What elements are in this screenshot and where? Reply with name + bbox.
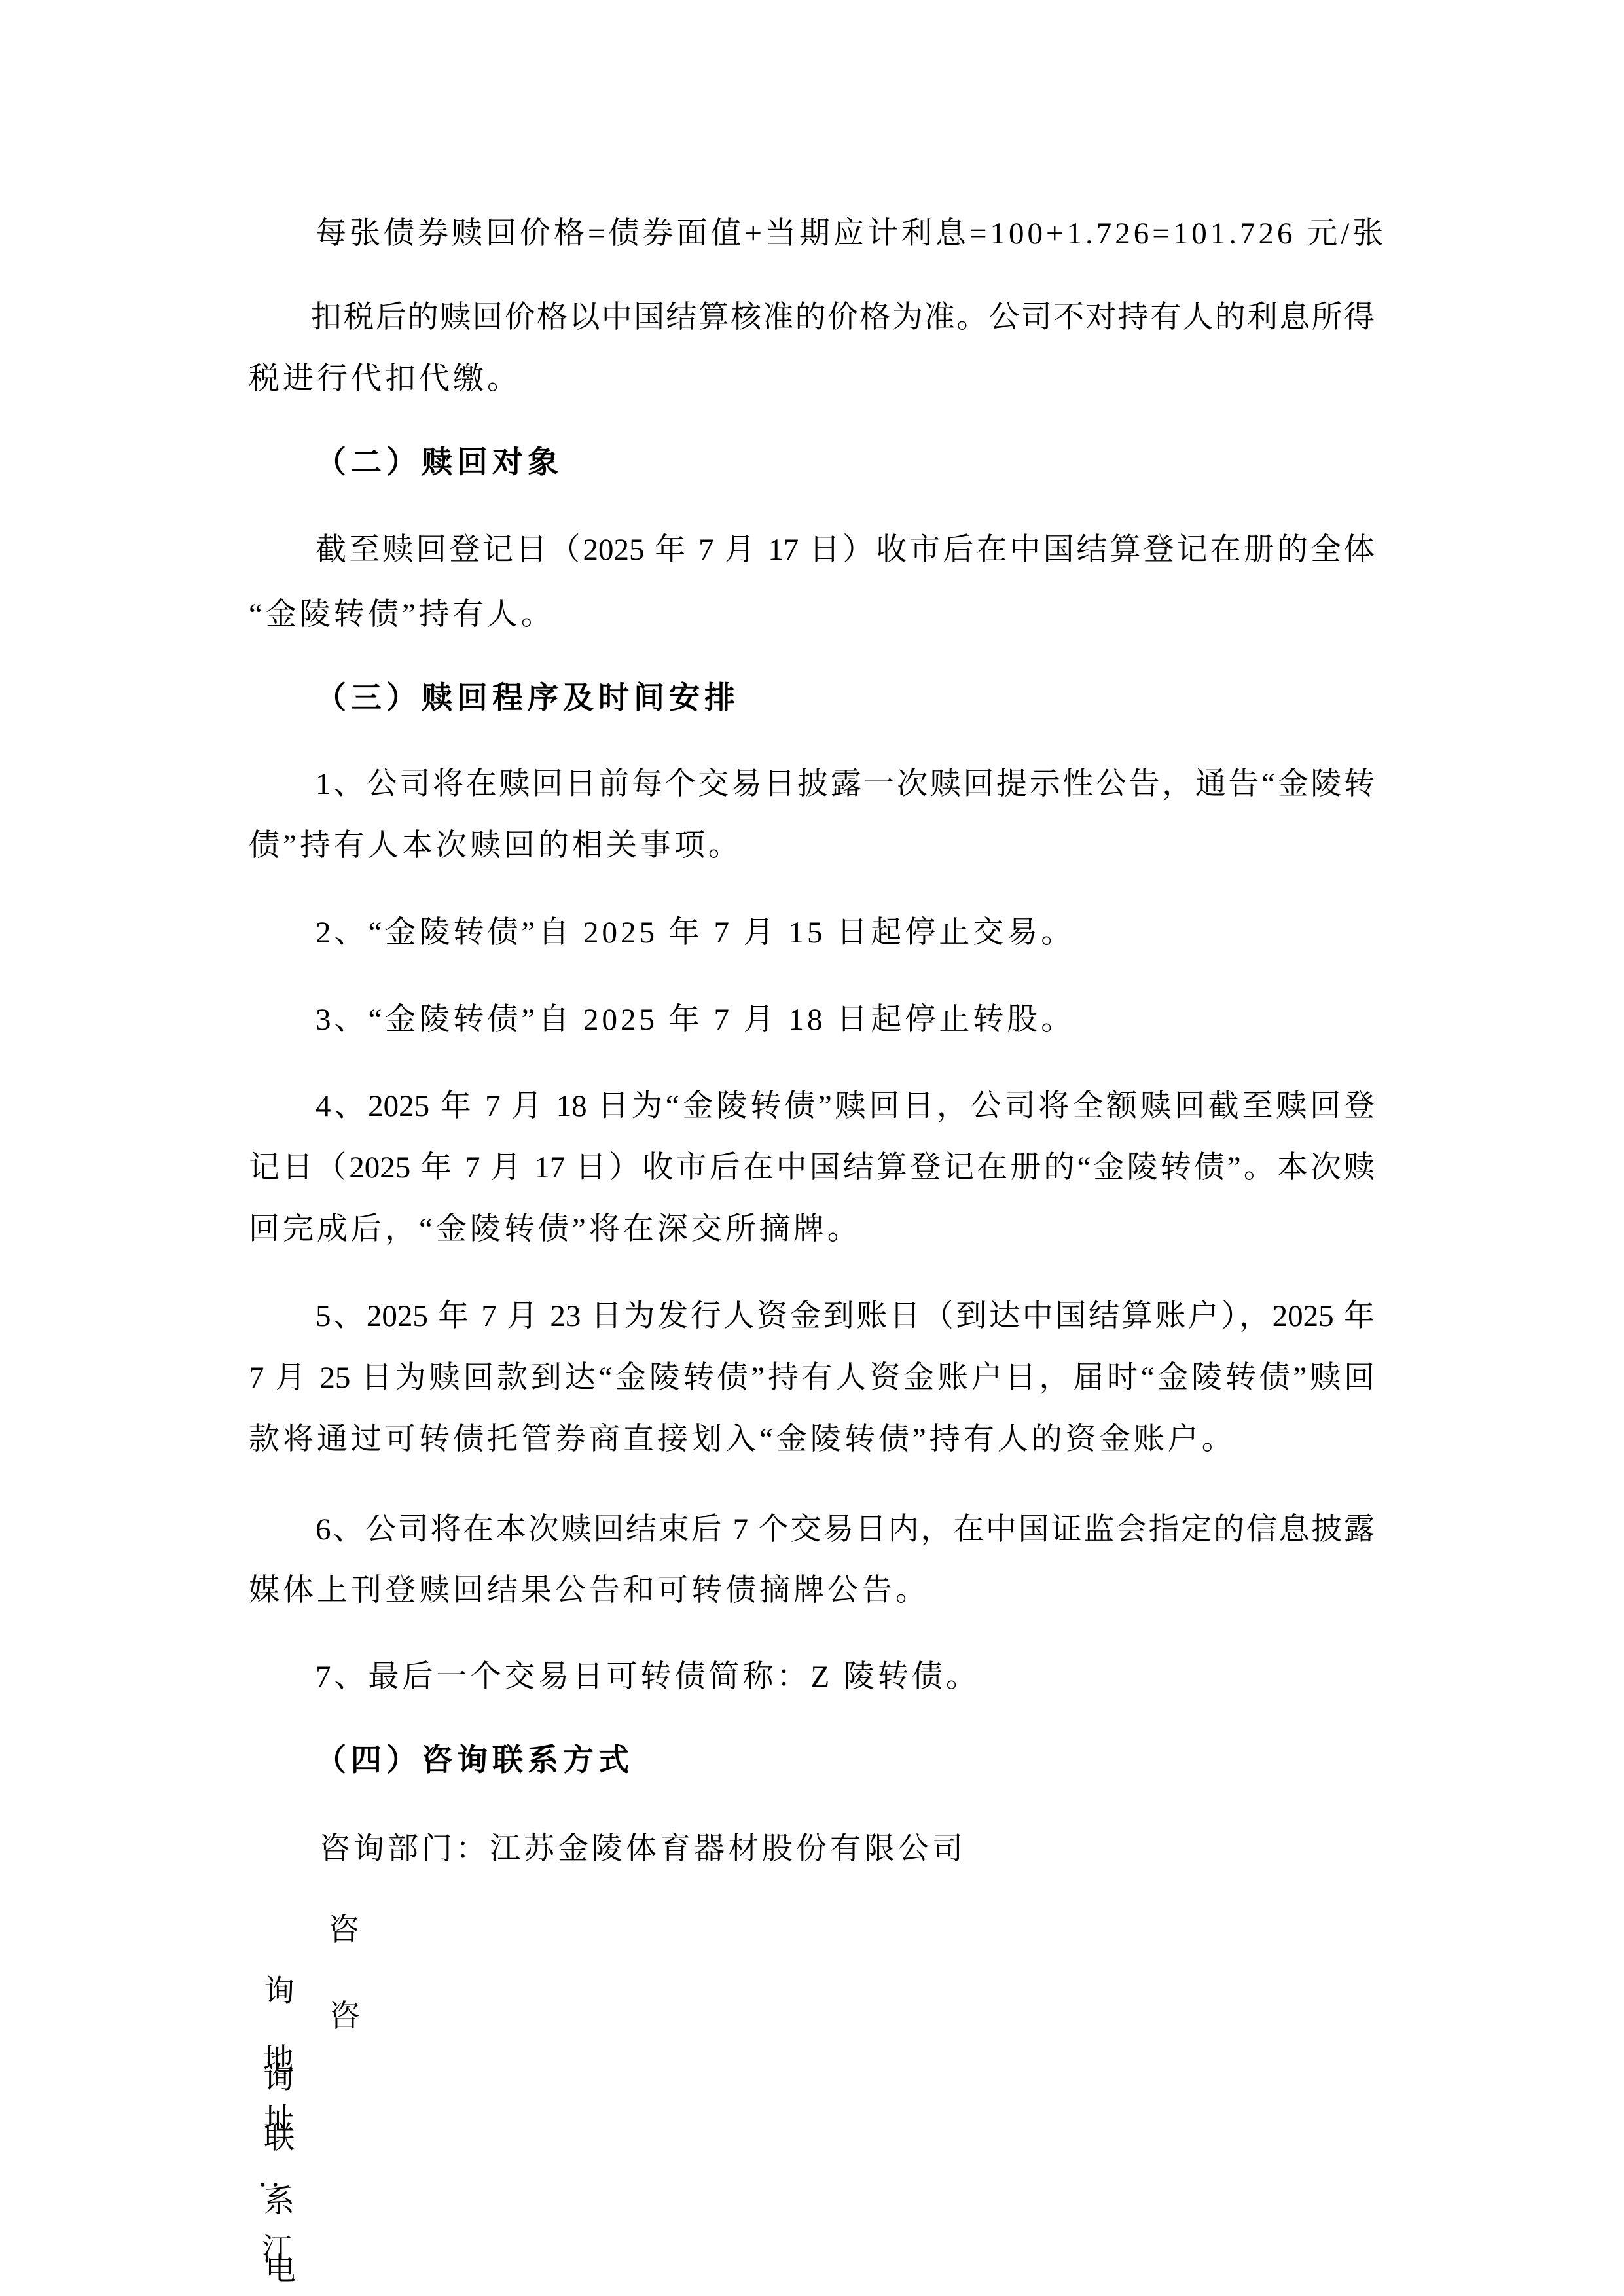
artifact-glyph: 咨	[329, 1915, 359, 1946]
artifact-glyph: 电	[265, 2255, 296, 2286]
line-target-1: 截至赎回登记日（2025 年 7 月 17 日）收市后在中国结算登记在册的全体	[316, 531, 1375, 569]
line-item6-b: 媒体上刊登赎回结果公告和可转债摘牌公告。	[249, 1571, 929, 1609]
page: 每张债券赎回价格=债券面值+当期应计利息=100+1.726=101.726 元…	[0, 0, 1624, 2296]
artifact-glyph: 询	[263, 2064, 294, 2094]
line-redemption-price-formula: 每张债券赎回价格=债券面值+当期应计利息=100+1.726=101.726 元…	[316, 215, 1386, 253]
artifact-glyph: 系	[264, 2187, 295, 2217]
line-after-tax-price-2: 税进行代扣代缴。	[249, 360, 521, 398]
artifact-glyph: 联	[264, 2123, 295, 2154]
line-target-2: “金陵转债”持有人。	[249, 596, 555, 634]
line-item4-b: 记日（2025 年 7 月 17 日）收市后在中国结算登记在册的“金陵转债”。本…	[249, 1149, 1375, 1187]
line-item4-a: 4、2025 年 7 月 18 日为“金陵转债”赎回日，公司将全额赎回截至赎回登	[316, 1087, 1375, 1125]
line-item5-a: 5、2025 年 7 月 23 日为发行人资金到账日（到达中国结算账户），202…	[316, 1297, 1375, 1335]
line-item4-c: 回完成后，“金陵转债”将在深交所摘牌。	[249, 1210, 861, 1248]
artifact-glyph: 咨	[329, 2001, 360, 2032]
line-item5-c: 款将通过可转债托管券商直接划入“金陵转债”持有人的资金账户。	[249, 1420, 1236, 1458]
line-item1-b: 债”持有人本次赎回的相关事项。	[249, 827, 742, 865]
line-item1-a: 1、公司将在赎回日前每个交易日披露一次赎回提示性公告，通告“金陵转	[316, 765, 1375, 803]
section-heading-procedure: （三）赎回程序及时间安排	[316, 679, 740, 717]
line-item7: 7、最后一个交易日可转债简称：Z 陵转债。	[316, 1658, 980, 1696]
line-item2: 2、“金陵转债”自 2025 年 7 月 15 日起停止交易。	[316, 914, 1075, 952]
line-after-tax-price-1: 扣税后的赎回价格以中国结算核准的价格为准。公司不对持有人的利息所得	[311, 298, 1375, 336]
line-item3: 3、“金陵转债”自 2025 年 7 月 18 日起停止转股。	[316, 1001, 1075, 1039]
artifact-glyph: 询	[264, 1977, 295, 2007]
line-contact-department: 咨询部门：江苏金陵体育器材股份有限公司	[319, 1830, 966, 1868]
section-heading-contact: （四）咨询联系方式	[316, 1742, 634, 1780]
line-item5-b: 7 月 25 日为赎回款到达“金陵转债”持有人资金账户日，届时“金陵转债”赎回	[249, 1359, 1375, 1397]
line-item6-a: 6、公司将在本次赎回结束后 7 个交易日内，在中国证监会指定的信息披露	[316, 1511, 1375, 1549]
section-heading-redemption-target: （二）赎回对象	[316, 444, 563, 482]
